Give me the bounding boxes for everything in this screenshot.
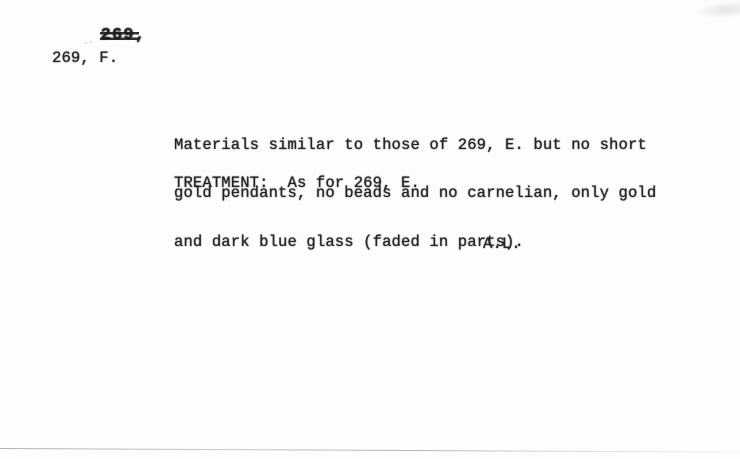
description-paragraph: Materials similar to those of 269, E. bu…	[174, 104, 656, 283]
struck-number-text: 269,	[101, 28, 147, 44]
description-line: Materials similar to those of 269, E. bu…	[174, 137, 656, 153]
treatment-line: TREATMENT: As for 269, E.	[174, 175, 420, 191]
scanned-catalogue-card: 269, 269, F. Materials similar to those …	[0, 0, 740, 459]
recorder-initials: A.L.	[483, 236, 521, 252]
description-line: and dark blue glass (faded in parts).	[174, 234, 656, 250]
scan-corner-smudge	[695, 0, 740, 21]
faint-specks	[85, 41, 95, 45]
card-number: 269, F.	[52, 50, 118, 66]
card-bottom-edge-line	[0, 448, 740, 453]
